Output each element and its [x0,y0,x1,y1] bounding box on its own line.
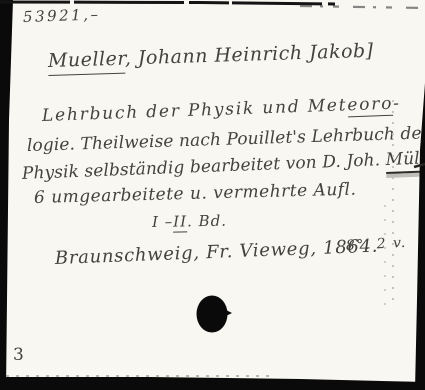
punch-hole-nub [226,310,232,316]
scan-smudge-top-right [300,6,425,8]
title-line-1-underlined: eoro [347,94,394,118]
author-forenames: , Johann Heinrich Jakob] [124,40,373,70]
format-note: 8°. 2 v. [346,235,408,256]
scan-border-left [0,0,13,390]
volume-underlined: II [173,212,187,232]
volume-post: . Bd. [187,212,227,231]
imprint: Braunschweig, Fr. Vieweg, 1864. [55,236,379,271]
title-line-1: Lehrbuch der Physik und Meteoro- [42,93,401,127]
author-heading: Mueller, Johann Heinrich Jakob] [48,40,374,74]
scan-border-bottom [0,377,425,390]
edition-statement: 6 umgearbeitete u. vermehrte Aufl. [34,180,357,210]
call-number: 53921,– [23,5,101,26]
scanned-catalog-card: 53921,– Mueller, Johann Heinrich Jakob] … [0,0,425,390]
title-line-3-underlined: Müller [385,148,425,174]
punch-hole [197,296,228,333]
volume-statement: I –II. Bd. [152,212,227,232]
title-line-1-hyphen: - [393,93,401,113]
bottom-number: 3 [13,345,24,366]
scan-border-top [0,2,335,4]
author-surname: Mueller [48,48,126,76]
title-line-1-text: Lehrbuch der Physik und Met [42,95,348,126]
volume-pre: I – [152,213,174,231]
